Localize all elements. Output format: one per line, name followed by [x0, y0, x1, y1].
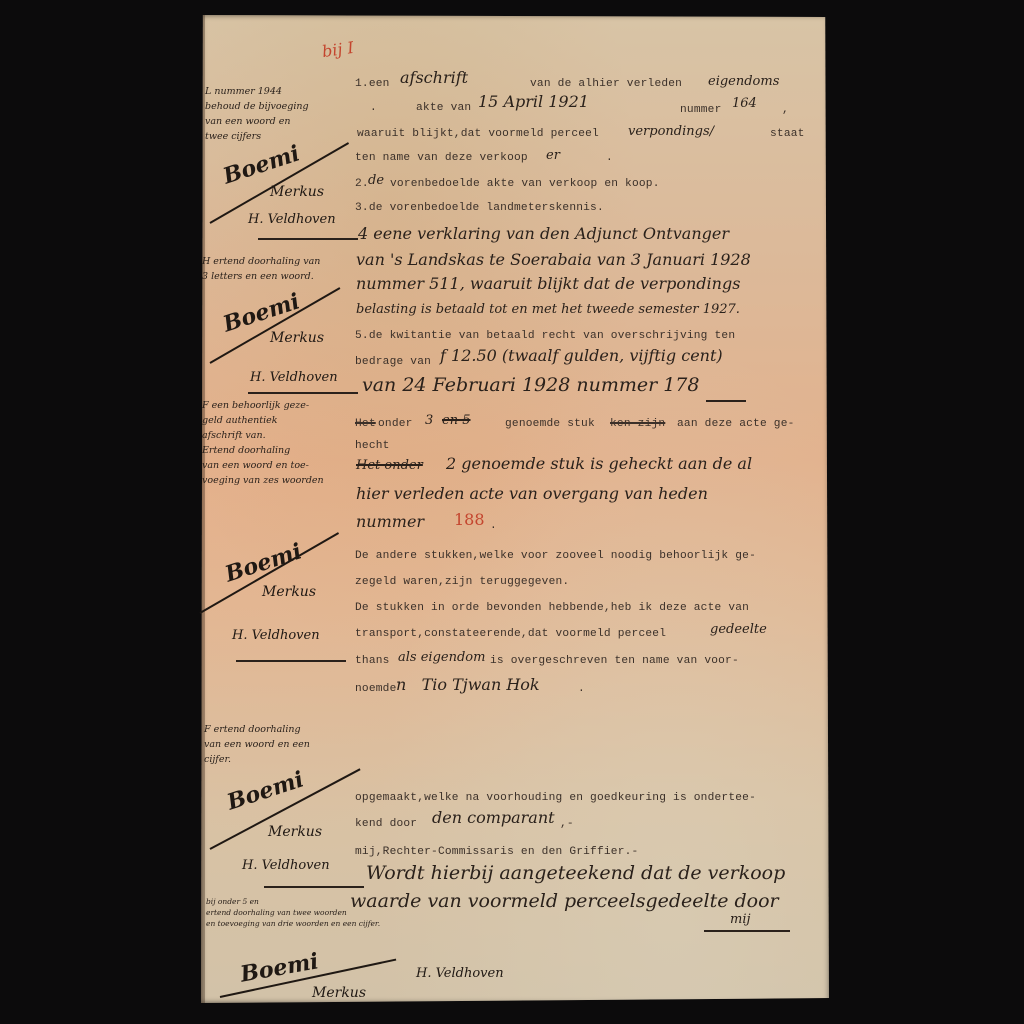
handwritten-text: er	[546, 148, 560, 163]
body-line-10: belasting is betaald tot en met het twee…	[356, 302, 740, 317]
handwritten-name: n Tio Tjwan Hok	[396, 675, 540, 694]
body-line-30: mij	[730, 912, 751, 927]
margin-note-2: H ertend doorhaling van 3 letters en een…	[202, 254, 320, 284]
handwritten-text: gedeelte	[710, 622, 767, 637]
typed-text: onder	[378, 418, 413, 430]
typed-text: ,-	[560, 818, 574, 830]
signature-veldhoven: H. Veldhoven	[248, 212, 336, 227]
body-line-9: nummer 511, waaruit blijkt dat de verpon…	[356, 274, 740, 293]
typed-text: staat	[770, 128, 805, 140]
body-line-15: hecht	[355, 440, 390, 452]
handwritten-text: 3	[425, 413, 433, 428]
underline	[706, 400, 746, 402]
handwritten-text-struck: en 5	[442, 413, 470, 428]
signature-veldhoven: H. Veldhoven	[242, 858, 330, 873]
margin-note-3: F een behoorlijk geze- geld authentiek a…	[202, 398, 324, 488]
signature-merkus: Merkus	[270, 330, 324, 346]
typed-text: aan deze acte ge-	[677, 418, 795, 430]
underline	[248, 392, 358, 394]
body-line-17: hier verleden acte van overgang van hede…	[356, 484, 708, 503]
body-line-8: van 's Landskas te Soerabaia van 3 Janua…	[356, 250, 751, 269]
typed-text: .	[490, 520, 497, 532]
typed-text: noemde	[355, 683, 396, 695]
signature-merkus: Merkus	[270, 184, 324, 200]
typed-text: ten name van deze verkoop	[355, 152, 528, 164]
body-line-19: De andere stukken,welke voor zooveel noo…	[355, 550, 756, 562]
handwritten-text: nummer	[356, 512, 424, 531]
margin-note-4: F ertend doorhaling van een woord en een…	[204, 722, 310, 767]
typed-text: kend door	[355, 818, 417, 830]
handwritten-text: eigendoms	[708, 74, 779, 89]
typed-text: waaruit blijkt,dat voormeld perceel	[357, 128, 599, 140]
margin-note-1: L nummer 1944 behoud de bijvoeging van e…	[205, 84, 309, 144]
signature-veldhoven: H. Veldhoven	[232, 628, 320, 643]
body-line-11: 5.de kwitantie van betaald recht van ove…	[355, 330, 735, 342]
handwritten-amount: f 12.50 (twaalf gulden, vijftig cent)	[440, 346, 723, 365]
typed-text: transport,constateerende,dat voormeld pe…	[355, 628, 666, 640]
body-line-27: mij,Rechter-Commissaris en den Griffier.…	[355, 846, 638, 858]
handwritten-text: afschrift	[400, 68, 468, 87]
typed-text: .	[370, 102, 377, 114]
typed-text: vorenbedoelde akte van verkoop en koop.	[390, 178, 660, 190]
signature-merkus: Merkus	[268, 824, 322, 840]
typed-text: genoemde stuk	[505, 418, 595, 430]
signature-merkus: Merkus	[262, 584, 316, 600]
body-line-28: Wordt hierbij aangeteekend dat de verkoo…	[366, 862, 785, 884]
handwritten-text: de	[368, 173, 384, 188]
typed-text: thans	[355, 655, 390, 667]
margin-note-5: bij onder 5 en ertend doorhaling van twe…	[206, 896, 380, 929]
handwritten-text: verpondings/	[628, 124, 714, 139]
handwritten-text: als eigendom	[398, 650, 485, 665]
red-number: 188	[454, 510, 485, 529]
signature-merkus: Merkus	[312, 985, 366, 1001]
handwritten-text: den comparant	[432, 808, 555, 827]
body-line-7: 4 eene verklaring van den Adjunct Ontvan…	[358, 224, 729, 243]
signature-veldhoven: H. Veldhoven	[250, 370, 338, 385]
handwritten-text-struck: Het onder	[356, 458, 423, 473]
underline	[236, 660, 346, 662]
typed-text: 1.een	[355, 78, 390, 90]
body-line-13: van 24 Februari 1928 nummer 178	[362, 374, 699, 396]
typed-text: ,	[782, 104, 789, 116]
handwritten-text: 2 genoemde stuk is geheckt aan de al	[446, 454, 752, 473]
underline	[258, 238, 358, 240]
signature-veldhoven: H. Veldhoven	[416, 966, 504, 981]
body-line-21: De stukken in orde bevonden hebbende,heb…	[355, 602, 749, 614]
typed-text: nummer	[680, 104, 721, 116]
typed-text: bedrage van	[355, 356, 431, 368]
handwritten-number: 164	[732, 96, 757, 111]
body-line-29: waarde van voormeld perceelsgedeelte doo…	[350, 890, 779, 912]
typed-text: .	[606, 152, 613, 164]
body-line-25: opgemaakt,welke na voorhouding en goedke…	[355, 792, 756, 804]
body-line-20: zegeld waren,zijn teruggegeven.	[355, 576, 569, 588]
underline	[704, 930, 790, 932]
handwritten-date: 15 April 1921	[478, 92, 589, 111]
body-line-6: 3.de vorenbedoelde landmeterskennis.	[355, 202, 604, 214]
typed-text: is overgeschreven ten name van voor-	[490, 655, 739, 667]
typed-text: van de alhier verleden	[530, 78, 682, 90]
typed-text-struck: ken zijn	[610, 418, 665, 430]
underline	[264, 886, 364, 888]
typed-text: akte van	[416, 102, 471, 114]
typed-text: 2.	[355, 178, 369, 190]
typed-text: .	[578, 683, 585, 695]
typed-text-struck: Het	[355, 418, 376, 430]
